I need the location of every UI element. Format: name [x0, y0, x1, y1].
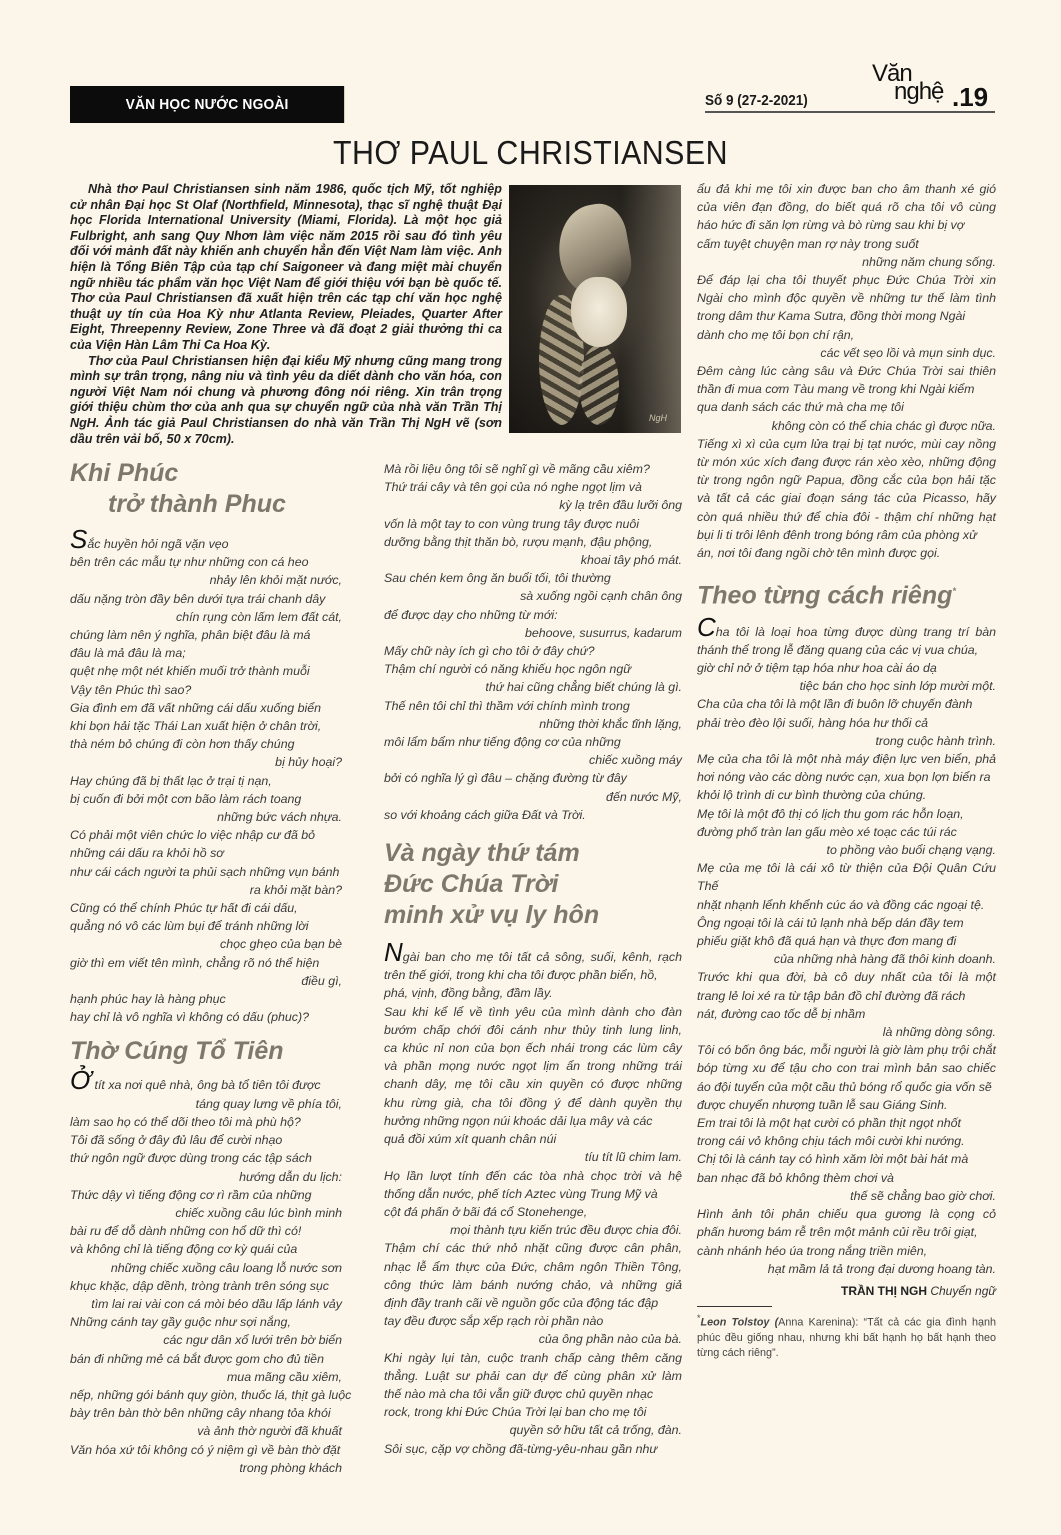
author-portrait-image: NgH	[509, 185, 681, 433]
poem-line: trang lẻ loi xé ra từ tập bản đồ chỉ đườ…	[697, 987, 996, 1005]
poem-line: Em trai tôi là một hạt cười có phần thịt…	[697, 1114, 996, 1132]
poem-line: qua danh sách các thứ mà cha mẹ tôi	[697, 398, 996, 416]
poem-line: mọi thành tựu kiến trúc đều được chia đô…	[384, 1221, 682, 1239]
poem-line: bài ru để dỗ dành những con hổ dữ thì có…	[70, 1222, 342, 1240]
poem-line: trong dâm thư Kama Sutra, đồng thời mong…	[697, 307, 996, 325]
poem-line: ra khỏi mặt bàn?	[70, 881, 342, 899]
poem-line: Thế nên tôi chỉ thì thầm với chính mình …	[384, 697, 682, 715]
poem-line: tiệc bán cho học sinh lớp mười một.	[697, 677, 996, 695]
poem-line: đến nước Mỹ,	[384, 788, 682, 806]
poem-line: làm sao họ có thể dõi theo tôi mà phù hộ…	[70, 1113, 342, 1131]
poem-title: Theo từng cách riêng*	[697, 576, 996, 611]
poem-line: thế sẽ chẳng bao giờ chơi.	[697, 1187, 996, 1205]
poem-line: các vết sẹo lồi và mụn sinh dục.	[697, 344, 996, 362]
poem-first-line: Cha tôi là loại hoa từng được dùng trang…	[697, 618, 996, 641]
poem-line: chúng làm nên ý nghĩa, phân biệt đâu là …	[70, 626, 342, 644]
poem-line: nhặt nhạnh lểnh khểnh cúc áo và đồng các…	[697, 896, 996, 914]
poem-line: cột đá phấn ở bãi đá cổ Stonehenge,	[384, 1203, 682, 1221]
poem-line: dưỡng bằng thịt thăn bò, rượu mạnh, đậu …	[384, 533, 682, 551]
poem-line: từ món xúc xích đang được rán xèo xèo, n…	[697, 453, 996, 471]
poem-line: khi bọn hải tặc Thái Lan xuất hiện ở châ…	[70, 717, 342, 735]
poem-line: bướm chấp chới đôi cánh như thủy tinh lu…	[384, 1021, 682, 1039]
poem-line: Ông ngoại tôi là cái tủ lạnh nhà bếp dán…	[697, 914, 996, 932]
painter-signature: NgH	[649, 413, 667, 423]
poem-line: tíu tít lũ chim lam.	[384, 1148, 682, 1166]
footnote: *Leon Tolstoy (Anna Karenina): “Tất cả c…	[697, 1311, 996, 1361]
poem-line: và ảnh thờ người đã khuất	[70, 1422, 342, 1440]
poem-line: thứ ngôn ngữ được dùng trong các tập sác…	[70, 1149, 342, 1167]
poem-line: so với khoảng cách giữa Đất và Trời.	[384, 806, 682, 824]
footnote-work: Anna Karenina):	[778, 1317, 863, 1329]
poem-line: hơi nóng vào các dòng nước cạn, xua bọn …	[697, 768, 996, 786]
poem-line: phải trèo đèo lội suối, hàng hóa hư thối…	[697, 714, 996, 732]
poem-line: cấm tuyệt chuyện man rợ này trong suốt	[697, 235, 996, 253]
poem-line: phá, vịnh, đồng bằng, đầm lầy.	[384, 984, 682, 1002]
poem-line: hay chỉ là vô nghĩa vì không có dấu (phu…	[70, 1008, 342, 1026]
poem-line: và không chỉ là tiếng động cơ kỳ quái củ…	[70, 1240, 342, 1258]
translator-role: Chuyển ngữ	[930, 1284, 996, 1298]
poem-line: hạt mầm lả tả trong đại dương hoang tàn.	[697, 1260, 996, 1278]
poem-line: Tôi đã sống ở đây đủ lâu để cười nhạo	[70, 1131, 342, 1149]
poem-line: được chuyển nhượng tuần lễ sau Giáng Sin…	[697, 1096, 996, 1114]
poem-line: Thậm chí người có năng khiếu học ngôn ng…	[384, 660, 682, 678]
portrait-background	[621, 185, 681, 433]
poem-line: trên thế giới, trong khi cha tôi được ph…	[384, 966, 682, 984]
poem-line: háo hức đi săn lợn rừng và bò rừng sau k…	[697, 216, 996, 234]
poem-line: behoove, susurrus, kadarum	[384, 624, 682, 642]
poem-line: dấu nặng tròn đầy bên dưới tựa trái chan…	[70, 590, 342, 608]
poem-line: khục khặc, dập dềnh, tròng trành trên só…	[70, 1277, 342, 1295]
poem-line: án, nơi tôi đang ngồi chờ tên mình được …	[697, 544, 996, 562]
poem-line: Cha của cha tôi là một lần đi buôn lỡ ch…	[697, 695, 996, 713]
poem-line: khoai tây phó mát.	[384, 551, 682, 569]
poem-line: Sau khi kể lể về tình yêu của mình dành …	[384, 1003, 682, 1021]
poem-line: thống dẫn nước, phế tích Aztec vùng Trun…	[384, 1185, 682, 1203]
line-text: gài ban cho mẹ tôi tất cả sông, suối, kê…	[403, 950, 682, 964]
column-left: Khi Phúc trở thành Phuc Sắc huyền hỏi ng…	[70, 458, 342, 1477]
poem-line: Mẹ của cha tôi là một nhà máy điện lực v…	[697, 750, 996, 768]
poem-line: định đầy tranh cãi về nguồn gốc của động…	[384, 1294, 682, 1312]
poem-line: để được dạy cho những từ mới:	[384, 606, 682, 624]
poem-line: Mẹ của mẹ tôi là cái xô từ thiện của Đội…	[697, 859, 996, 895]
line-text: ha tôi là loại hoa từng được dùng trang …	[716, 625, 996, 639]
section-label: VĂN HỌC NƯỚC NGOÀI	[70, 86, 344, 123]
poem-line: là những dòng sông.	[697, 1023, 996, 1041]
intro-paragraph: Thơ của Paul Christiansen hiện đại kiểu …	[70, 354, 502, 448]
poem-line: Đêm càng lúc càng sâu và Đức Chúa Trời s…	[697, 362, 996, 380]
portrait-fern-leaf	[579, 345, 619, 425]
poem-line: chiếc xuồng máy	[384, 751, 682, 769]
poem-line: của viên đạn đồng, do biết quá rõ cha tô…	[697, 198, 996, 216]
poem-line: dành cho mẹ tôi bọn chí rận,	[697, 326, 996, 344]
poem-line: chọc ghẹo của bạn bè	[70, 935, 342, 953]
column-middle: Mà rồi liệu ông tôi sẽ nghĩ gì về mãng c…	[384, 460, 682, 1458]
poem-line: ẩu đả khi mẹ tôi xin được ban cho âm tha…	[697, 180, 996, 198]
poem-line: chiếc xuồng câu lúc bình minh	[70, 1204, 342, 1222]
portrait-face	[571, 277, 627, 347]
poem-line: bên trên các mẫu tự như những con cá heo	[70, 553, 342, 571]
poem-line: mua mãng cầu xiêm,	[70, 1368, 342, 1386]
poem-body: bên trên các mẫu tự như những con cá heo…	[70, 553, 342, 1026]
poem-body: trên thế giới, trong khi cha tôi được ph…	[384, 966, 682, 1457]
poem-line: kỳ lạ trên đầu lưỡi ông	[384, 496, 682, 514]
poem-line: quẳng nó vô các lùm bụi để tránh những l…	[70, 917, 342, 935]
poem-title-line: Và ngày thứ tám	[384, 838, 682, 869]
poem-line: hướng dẫn du lịch:	[70, 1168, 342, 1186]
poem-line: Để đáp lại cha tôi thuyết phục Đức Chúa …	[697, 271, 996, 289]
poem-line: cành nhánh héo úa trong nắng triền miên,	[697, 1242, 996, 1260]
poem-line: điều gì,	[70, 972, 342, 990]
line-text: ắc huyền hỏi ngã vặn vẹo	[87, 537, 228, 551]
translator-credit: TRẦN THỊ NGH Chuyển ngữ	[697, 1282, 996, 1300]
poem-line: thứ hai cũng chẳng biết chúng là gì.	[384, 678, 682, 696]
poem-line: Họ lần lượt tính đến các tòa nhà chọc tr…	[384, 1167, 682, 1185]
poem-line: quyền sở hữu tất cả trống, đàn.	[384, 1421, 682, 1439]
poem-line: Mấy chữ này ích gì cho tôi ở đây chứ?	[384, 642, 682, 660]
poem-title-text: Theo từng cách riêng	[697, 582, 952, 610]
poem-first-line: Ngài ban cho mẹ tôi tất cả sông, suối, k…	[384, 943, 682, 966]
poem-line: Cũng có thể chính Phúc tự hất đi cái dấu…	[70, 899, 342, 917]
poem-line: bày trên bàn thờ bên những cây nhang tỏa…	[70, 1404, 342, 1422]
poem-line: trong cuộc hành trình.	[697, 732, 996, 750]
poem-line: phấn hương bám rễ trên một mảnh củi rều …	[697, 1223, 996, 1241]
poem-line: trong phòng khách	[70, 1459, 342, 1477]
poem-line: Hay chúng đã bị thất lạc ở trại tị nạn,	[70, 772, 342, 790]
poem-line: của những nhà hàng đã thôi kinh doanh.	[697, 950, 996, 968]
poem-line: tìm lai rai vài con cá mòi béo dầu lấp l…	[70, 1295, 342, 1313]
poem-line: Thức dậy vì tiếng động cơ rì rầm của nhữ…	[70, 1186, 342, 1204]
poem-line: Thậm chí các thứ nhỏ nhặt cũng được cân …	[384, 1239, 682, 1257]
poem-line: và phần mọng nước ngọt lịm ẩn trong nhữn…	[384, 1057, 682, 1075]
drop-cap: S	[70, 524, 87, 554]
poem-line: bóp từng xu để tậu cho con trai mình bản…	[697, 1059, 996, 1077]
poem-line: quệt nhẹ một nét khiến muối trở thành mu…	[70, 662, 342, 680]
author-intro: Nhà thơ Paul Christiansen sinh năm 1986,…	[70, 182, 502, 447]
translator-name: TRẦN THỊ NGH	[841, 1284, 927, 1298]
poem-line: những năm chung sống.	[697, 253, 996, 271]
poem-line: thà ném bỏ chúng đi còn hơn thấy chúng	[70, 735, 342, 753]
poem-first-line: Sắc huyền hỏi ngã vặn vẹo	[70, 530, 342, 553]
poem-title-line: trở thành Phuc	[70, 489, 342, 520]
poem-line: Mẹ tôi là một đô thị có lịch thu gom rác…	[697, 805, 996, 823]
poem-line: hưởng những ngọn núi khoác dải lụa mây v…	[384, 1112, 682, 1130]
poem-line: Sau chén kem ông ăn buổi tối, tôi thường	[384, 569, 682, 587]
footnote-rule	[697, 1306, 772, 1307]
line-text: tít xa nơi quê nhà, ông bà tổ tiên tôi đ…	[91, 1078, 321, 1092]
poem-line: to phồng vào buổi chạng vạng.	[697, 841, 996, 859]
poem-title-line: minh xử vụ ly hôn	[384, 900, 682, 931]
poem-line: Tiếng xì xì của cụm lửa trại bị tạt nước…	[697, 435, 996, 453]
poem-line: từ trong ngôn ngữ Papua, đồng cắc của bọ…	[697, 471, 996, 489]
poem-line: quả đồi xúm xít quanh chân núi	[384, 1130, 682, 1148]
intro-paragraph: Nhà thơ Paul Christiansen sinh năm 1986,…	[70, 182, 502, 354]
poem-line: khu rừng già, cha tôi đồng ý để dành quy…	[384, 1094, 682, 1112]
poem-line: đâu là mả đâu là ma;	[70, 644, 342, 662]
logo-word-nghe: nghệ	[894, 78, 943, 106]
poem-line: những thời khắc tĩnh lặng,	[384, 715, 682, 733]
poem-line: Thứ trái cây và tên gọi của nó nghe ngọt…	[384, 478, 682, 496]
poem-line: Khi ngày lụi tàn, cuộc tranh chấp càng t…	[384, 1349, 682, 1367]
poem-line: Trước khi qua đời, bà cô duy nhất của tô…	[697, 968, 996, 986]
drop-cap: Ở	[70, 1065, 91, 1095]
poem-title-line: Khi Phúc	[70, 458, 342, 489]
poem-line: giờ thì em viết tên mình, chẳng rõ nó th…	[70, 954, 342, 972]
poem-title: Và ngày thứ tám Đức Chúa Trời minh xử vụ…	[384, 838, 682, 931]
poem-title: Thờ Cúng Tổ Tiên	[70, 1036, 342, 1067]
poem-line: những cái dấu ra khỏi hồ sơ	[70, 844, 342, 862]
footnote-marker: *	[952, 586, 956, 596]
poem-line: thánh thể trong lễ đăng quang của các vị…	[697, 641, 996, 659]
poem-line: công thức làm bánh nướng chảo, và những …	[384, 1276, 682, 1294]
drop-cap: N	[384, 937, 403, 967]
poem-line: giờ chỉ nở ở tiệm tạp hóa như hoa cài áo…	[697, 659, 996, 677]
issue-date: Số 9 (27-2-2021)	[705, 92, 808, 109]
column-right: ẩu đả khi mẹ tôi xin được ban cho âm tha…	[697, 180, 996, 1361]
poem-line: Những cánh tay gầy guộc như sợi nắng,	[70, 1313, 342, 1331]
poem-line: nếp, những gói bánh quy giòn, thuốc lá, …	[70, 1386, 342, 1404]
poem-line: không còn có thể chia chác gì được nữa.	[697, 417, 996, 435]
poem-line: Chị tôi là cánh tay có hình xăm lời một …	[697, 1150, 996, 1168]
poem-line: Hình ảnh tôi phản chiếu qua gương là cọn…	[697, 1205, 996, 1223]
poem-line: Mà rồi liệu ông tôi sẽ nghĩ gì về mãng c…	[384, 460, 682, 478]
masthead-logo: Văn nghệ .19	[872, 60, 1002, 112]
poem-body: thánh thể trong lễ đăng quang của các vị…	[697, 641, 996, 1278]
poem-line: rock, trong khi Đức Chúa Trời lại ban ch…	[384, 1403, 682, 1421]
poem-line: tay đều được sắp xếp rạch ròi phần nào	[384, 1312, 682, 1330]
footnote-author: Leon Tolstoy (	[701, 1317, 779, 1329]
poem-line: phiếu giặt khô đã quá hạn và thực đơn ma…	[697, 932, 996, 950]
page-number: .19	[952, 82, 988, 113]
page-title: THƠ PAUL CHRISTIANSEN	[42, 134, 1018, 172]
poem-line: Tôi có bốn ông bác, mỗi người là giờ làm…	[697, 1041, 996, 1059]
poem-line: sà xuống ngồi cạnh chân ông	[384, 587, 682, 605]
poem-line: ca khúc nỉ non của bọn ếch nhái trong cá…	[384, 1039, 682, 1057]
poem-line: Có phải một viên chức lo việc nhập cư đã…	[70, 826, 342, 844]
poem-line: khỏi lộ trình di cư bình thường của chún…	[697, 786, 996, 804]
poem-line: thế nào mà cha tôi vẫn giữ được chủ quyề…	[384, 1385, 682, 1403]
poem-body-continued: Mà rồi liệu ông tôi sẽ nghĩ gì về mãng c…	[384, 460, 682, 824]
poem-line: bị cuốn đi bởi một cơn bão làm rách toan…	[70, 790, 342, 808]
poem-line: bụi li ti trôi lênh đênh trong bóng râm …	[697, 526, 996, 544]
poem-line: trong cái vỏ không chịu tách môi cười kh…	[697, 1132, 996, 1150]
poem-line: chín rụng còn lấm lem đất cát,	[70, 608, 342, 626]
poem-line: Ngài cho mình độc quyền về những tư thế …	[697, 289, 996, 307]
drop-cap: C	[697, 612, 716, 642]
poem-line: bởi có nghĩa lý gì đâu – chặng đường từ …	[384, 769, 682, 787]
poem-line: bị hủy hoại?	[70, 753, 342, 771]
poem-line: Vậy tên Phúc thì sao?	[70, 681, 342, 699]
poem-line: nhạc lễ ẩm thực của Đức, châm ngôn Thiền…	[384, 1258, 682, 1276]
poem-line: môi lẩm bẩm như tiếng động cơ của những	[384, 733, 682, 751]
poem-line: hạnh phúc hay là hàng phục	[70, 990, 342, 1008]
poem-line: Văn hóa xứ tôi không có ý niệm gì về bàn…	[70, 1441, 342, 1459]
poem-line: áo đội tuyển của một cầu thủ bóng rổ quố…	[697, 1078, 996, 1096]
poem-line: Sôi sục, cặp vợ chồng đã-từng-yêu-nhau g…	[384, 1440, 682, 1458]
poem-line: còn quá nhiều thứ để chia đôi - thậm chí…	[697, 508, 996, 526]
poem-line: ban nhạc đã bỏ không thèm chơi và	[697, 1169, 996, 1187]
poem-line: những bức vách nhựa.	[70, 808, 342, 826]
poem-line: táng quay lưng về phía tôi,	[70, 1095, 342, 1113]
poem-body-continued: ẩu đả khi mẹ tôi xin được ban cho âm tha…	[697, 180, 996, 562]
poem-title: Khi Phúc trở thành Phuc	[70, 458, 342, 520]
poem-line: nát, đường cao tốc dễ bị nhầm	[697, 1005, 996, 1023]
poem-line: như cái cách người ta phủi sạch những vụ…	[70, 863, 342, 881]
poem-line: Gia đình em đã vất những cái dấu xuống b…	[70, 699, 342, 717]
poem-line: nhảy lên khỏi mặt nước,	[70, 571, 342, 589]
poem-line: và tất cả các giai đoạn sáng tác của Pic…	[697, 489, 996, 507]
poem-line: những chiếc xuồng câu loang lỗ nước sơn	[70, 1259, 342, 1277]
poem-title-line: Đức Chúa Trời	[384, 869, 682, 900]
poem-line: thần đi mua cơm Tàu mang về trong khi Ng…	[697, 380, 996, 398]
poem-line: của ông phần nào của bà.	[384, 1330, 682, 1348]
poem-first-line: Ở tít xa nơi quê nhà, ông bà tổ tiên tôi…	[70, 1071, 342, 1094]
poem-line: các ngư dân xổ lưới trên bờ biển	[70, 1331, 342, 1349]
poem-body: táng quay lưng về phía tôi,làm sao họ có…	[70, 1095, 342, 1477]
poem-line: vốn là một tay to con vùng trung tây đượ…	[384, 515, 682, 533]
poem-line: thẳng. Luật sư phải can dự để cùng phân …	[384, 1367, 682, 1385]
poem-line: bán đi những mẻ cá bắt được gom cho đủ t…	[70, 1350, 342, 1368]
poem-line: chanh dây, mẹ tôi cầu xin quyền có được …	[384, 1075, 682, 1093]
poem-line: đường phố tràn lan gấu mèo xé toạc các t…	[697, 823, 996, 841]
